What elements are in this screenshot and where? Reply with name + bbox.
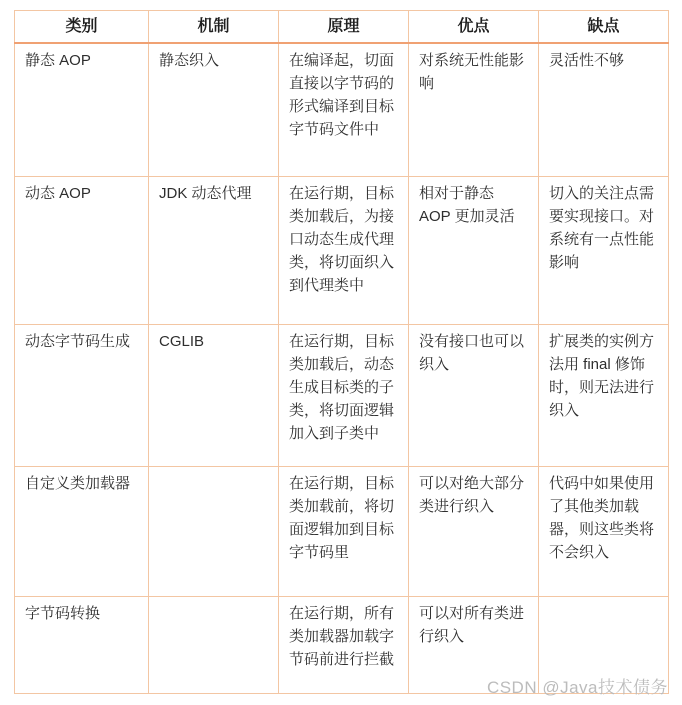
cell-mechanism: JDK 动态代理 — [149, 176, 279, 324]
cell-principle: 在运行期，目标类加载后，为接口动态生成代理类，将切面织入到代理类中 — [279, 176, 409, 324]
cell-category: 动态字节码生成 — [15, 324, 149, 466]
cell-mechanism: 静态织入 — [149, 43, 279, 176]
page: 类别 机制 原理 优点 缺点 静态 AOP 静态织入 在编译起，切面直接以字节码… — [0, 0, 682, 705]
cell-advantage: 对系统无性能影响 — [409, 43, 539, 176]
column-header-advantage: 优点 — [409, 11, 539, 44]
cell-disadvantage: 代码中如果使用了其他类加载器，则这些类将不会织入 — [539, 466, 669, 596]
cell-advantage: 相对于静态 AOP 更加灵活 — [409, 176, 539, 324]
aop-comparison-table: 类别 机制 原理 优点 缺点 静态 AOP 静态织入 在编译起，切面直接以字节码… — [14, 10, 669, 694]
cell-category: 静态 AOP — [15, 43, 149, 176]
column-header-category: 类别 — [15, 11, 149, 44]
table-row: 自定义类加载器 在运行期，目标类加载前，将切面逻辑加到目标字节码里 可以对绝大部… — [15, 466, 669, 596]
cell-mechanism — [149, 466, 279, 596]
cell-advantage: 可以对绝大部分类进行织入 — [409, 466, 539, 596]
cell-principle: 在运行期，目标类加载前，将切面逻辑加到目标字节码里 — [279, 466, 409, 596]
cell-disadvantage: 扩展类的实例方法用 final 修饰时，则无法进行织入 — [539, 324, 669, 466]
table-row: 动态 AOP JDK 动态代理 在运行期，目标类加载后，为接口动态生成代理类，将… — [15, 176, 669, 324]
header-row: 类别 机制 原理 优点 缺点 — [15, 11, 669, 44]
cell-category: 自定义类加载器 — [15, 466, 149, 596]
cell-principle: 在编译起，切面直接以字节码的形式编译到目标字节码文件中 — [279, 43, 409, 176]
cell-disadvantage: 灵活性不够 — [539, 43, 669, 176]
table-row: 静态 AOP 静态织入 在编译起，切面直接以字节码的形式编译到目标字节码文件中 … — [15, 43, 669, 176]
column-header-principle: 原理 — [279, 11, 409, 44]
table-header: 类别 机制 原理 优点 缺点 — [15, 11, 669, 44]
column-header-disadvantage: 缺点 — [539, 11, 669, 44]
cell-principle: 在运行期，所有类加载器加载字节码前进行拦截 — [279, 596, 409, 693]
column-header-mechanism: 机制 — [149, 11, 279, 44]
cell-principle: 在运行期，目标类加载后，动态生成目标类的子类，将切面逻辑加入到子类中 — [279, 324, 409, 466]
cell-category: 动态 AOP — [15, 176, 149, 324]
cell-mechanism — [149, 596, 279, 693]
cell-category: 字节码转换 — [15, 596, 149, 693]
table-body: 静态 AOP 静态织入 在编译起，切面直接以字节码的形式编译到目标字节码文件中 … — [15, 43, 669, 693]
table-row: 动态字节码生成 CGLIB 在运行期，目标类加载后，动态生成目标类的子类，将切面… — [15, 324, 669, 466]
cell-disadvantage: 切入的关注点需要实现接口。对系统有一点性能影响 — [539, 176, 669, 324]
cell-mechanism: CGLIB — [149, 324, 279, 466]
csdn-watermark: CSDN @Java技术债务 — [487, 673, 668, 698]
cell-advantage: 没有接口也可以织入 — [409, 324, 539, 466]
